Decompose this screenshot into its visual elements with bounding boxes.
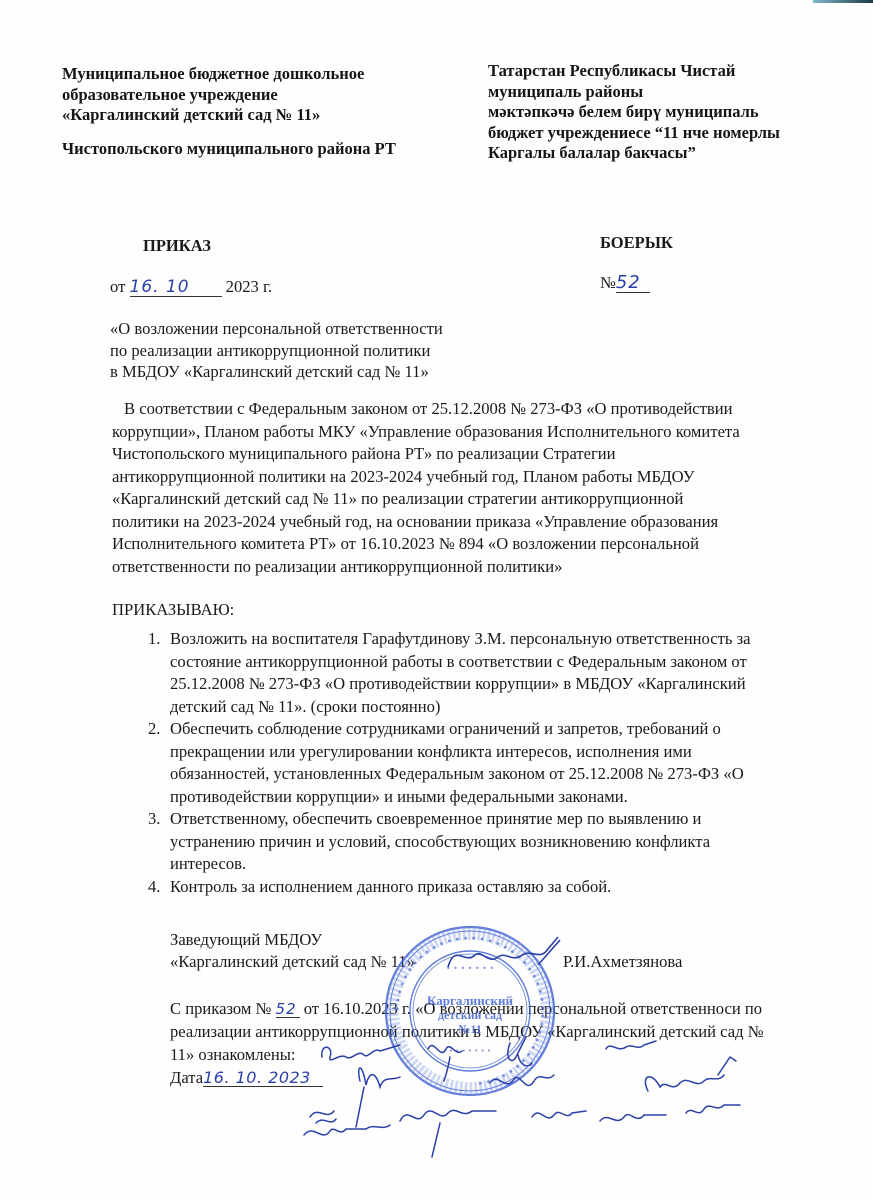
order-title-ru: ПРИКАЗ: [143, 236, 211, 256]
preamble-line: антикоррупционной политики на 2023-2024 …: [112, 466, 740, 489]
header-right-institution-tatar: Татарстан Республикасы Чистай муниципаль…: [488, 61, 780, 164]
date-handwritten: 16. 10: [130, 277, 190, 297]
ack-number-field: 52: [276, 1001, 300, 1018]
item-number: 4.: [148, 876, 160, 899]
item-line: 25.12.2008 № 273-ФЗ «О противодействии к…: [170, 673, 751, 696]
item-line: Контроль за исполнением данного приказа …: [170, 876, 751, 899]
header-right-line: Татарстан Республикасы Чистай: [488, 61, 780, 82]
header-right-line: Каргалы балалар бакчасы”: [488, 143, 780, 164]
order-subject: «О возложении персональной ответственнос…: [110, 318, 443, 383]
order-date-line: от 16. 10 2023 г.: [110, 276, 272, 299]
number-prefix: №: [600, 273, 616, 292]
ack-date-field: 16. 10. 2023: [203, 1069, 323, 1087]
header-left-district: Чистопольского муниципального района РТ: [62, 139, 396, 160]
signature-block: Заведующий МБДОУ «Каргалинский детский с…: [170, 929, 415, 973]
scan-edge-artifact: [813, 0, 873, 3]
order-item-2: 2. Обеспечить соблюдение сотрудниками ог…: [170, 718, 751, 808]
svg-text:• • • • • • •: • • • • • • •: [446, 964, 494, 973]
ack-line-3: 11» ознакомлены:: [170, 1043, 764, 1066]
directive-heading: ПРИКАЗЫВАЮ:: [112, 599, 234, 622]
ack-date-handwritten: 16. 10. 2023: [203, 1068, 311, 1087]
subject-line: в МБДОУ «Каргалинский детский сад № 11»: [110, 361, 443, 383]
preamble-line: «Каргалинский детский сад № 11» по реали…: [112, 488, 740, 511]
item-number: 2.: [148, 718, 160, 741]
scanned-document-page: Муниципальное бюджетное дошкольное образ…: [0, 0, 873, 1200]
header-left-institution: Муниципальное бюджетное дошкольное образ…: [62, 64, 396, 159]
signer-position-line1: Заведующий МБДОУ: [170, 929, 415, 951]
signer-name: Р.И.Ахметзянова: [563, 951, 682, 974]
ack-line-2: реализации антикоррупционной политики в …: [170, 1020, 764, 1043]
order-title-tt: БОЕРЫК: [600, 233, 673, 253]
ack-date-line: Дата16. 10. 2023: [170, 1066, 764, 1089]
subject-line: «О возложении персональной ответственнос…: [110, 318, 443, 340]
signer-position-line2: «Каргалинский детский сад № 11»: [170, 951, 415, 973]
item-line: противодействии коррупции» и иными федер…: [170, 786, 751, 809]
order-number-line: №52: [600, 272, 650, 295]
subject-line: по реализации антикоррупционной политики: [110, 340, 443, 362]
item-line: обязанностей, установленных Федеральным …: [170, 763, 751, 786]
date-prefix: от: [110, 277, 125, 296]
preamble-line: коррупции», Планом работы МКУ «Управлени…: [112, 421, 740, 444]
ack-date-label: Дата: [170, 1068, 203, 1087]
acknowledgement-block: С приказом № 52 от 16.10.2023 г. «О возл…: [170, 997, 764, 1089]
item-line: Возложить на воспитателя Гарафутдинову З…: [170, 628, 751, 651]
number-handwritten: 52: [616, 272, 641, 293]
item-line: прекращении или урегулировании конфликта…: [170, 741, 751, 764]
header-right-line: муниципаль районы: [488, 82, 780, 103]
preamble-line: В соответствии с Федеральным законом от …: [112, 398, 740, 421]
preamble-line: Исполнительного комитета РТ» от 16.10.20…: [112, 533, 740, 556]
header-right-line: бюджет учреждениесе “11 нче номерлы: [488, 123, 780, 144]
item-line: состояние антикоррупционной работы в соо…: [170, 651, 751, 674]
date-suffix: 2023 г.: [226, 277, 272, 296]
preamble-paragraph: В соответствии с Федеральным законом от …: [112, 398, 740, 578]
header-right-line: мәктәпкәчә белем бирү муниципаль: [488, 102, 780, 123]
item-line: интересов.: [170, 853, 751, 876]
header-left-line: образовательное учреждение: [62, 85, 396, 106]
order-item-1: 1. Возложить на воспитателя Гарафутдинов…: [170, 628, 751, 718]
ack-prefix: С приказом №: [170, 999, 271, 1018]
header-left-line: Муниципальное бюджетное дошкольное: [62, 64, 396, 85]
ack-line1-rest: от 16.10.2023 г. «О возложении персональ…: [304, 999, 762, 1018]
item-number: 3.: [148, 808, 160, 831]
item-number: 1.: [148, 628, 160, 651]
ack-number-handwritten: 52: [276, 1000, 297, 1018]
ack-line-1: С приказом № 52 от 16.10.2023 г. «О возл…: [170, 997, 764, 1020]
order-item-3: 3. Ответственному, обеспечить своевремен…: [170, 808, 751, 876]
order-item-4: 4. Контроль за исполнением данного прика…: [170, 876, 751, 899]
preamble-line: политики на 2023-2024 учебный год, на ос…: [112, 511, 740, 534]
director-signature: [440, 935, 570, 980]
item-line: Обеспечить соблюдение сотрудниками огран…: [170, 718, 751, 741]
header-left-line: «Каргалинский детский сад № 11»: [62, 105, 396, 126]
order-items-list: 1. Возложить на воспитателя Гарафутдинов…: [170, 628, 751, 898]
preamble-line: ответственности по реализации антикорруп…: [112, 556, 740, 579]
number-field: 52: [616, 274, 650, 293]
item-line: детский сад № 11». (сроки постоянно): [170, 696, 751, 719]
date-field: 16. 10: [130, 278, 222, 297]
item-line: Ответственному, обеспечить своевременное…: [170, 808, 751, 831]
item-line: устранению причин и условий, способствую…: [170, 831, 751, 854]
preamble-line: Чистопольского муниципального района РТ»…: [112, 443, 740, 466]
